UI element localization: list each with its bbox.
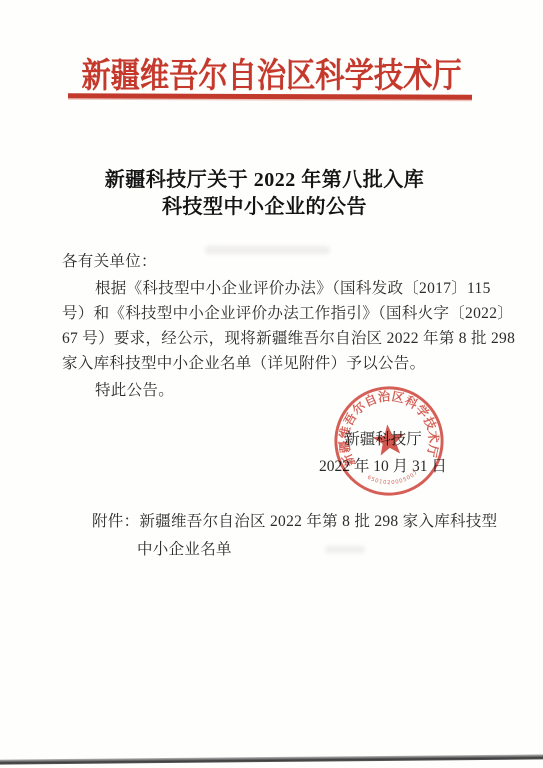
doc-title-line2: 科技型中小企业的公告 xyxy=(0,190,529,219)
salutation: 各有关单位： xyxy=(62,249,157,271)
doc-title-line1: 新疆科技厅关于 2022 年第八批入库 xyxy=(0,163,529,192)
body-line: 根据《科技型中小企业评价办法》（国科发政〔2017〕115 xyxy=(95,276,491,298)
attachment-line2: 中小企业名单 xyxy=(137,537,232,559)
official-seal: 新疆维吾尔自治区科学技术厅 6501020005007 xyxy=(324,376,454,506)
body-line: 67 号）要求，经公示，现将新疆维吾尔自治区 2022 年第 8 批 298 xyxy=(62,326,515,348)
attachment-line1: 附件：新疆维吾尔自治区 2022 年第 8 批 298 家入库科技型 xyxy=(92,509,497,531)
page-bottom-edge xyxy=(0,754,543,764)
scan-smudge xyxy=(325,546,365,553)
seal-star-icon xyxy=(371,423,406,456)
letterhead-divider xyxy=(68,93,472,99)
scan-smudge xyxy=(205,246,330,254)
seal-code: 6501020005007 xyxy=(366,469,421,488)
document-page: 新疆维吾尔自治区科学技术厅 新疆科技厅关于 2022 年第八批入库 科技型中小企… xyxy=(0,0,543,768)
closing-phrase: 特此公告。 xyxy=(95,378,174,400)
letterhead-agency: 新疆维吾尔自治区科学技术厅 xyxy=(38,48,505,97)
body-line: 家入库科技型中小企业名单（详见附件）予以公告。 xyxy=(62,351,425,373)
body-line: 号）和《科技型中小企业评价办法工作指引》（国科火字〔2022〕 xyxy=(62,301,513,323)
